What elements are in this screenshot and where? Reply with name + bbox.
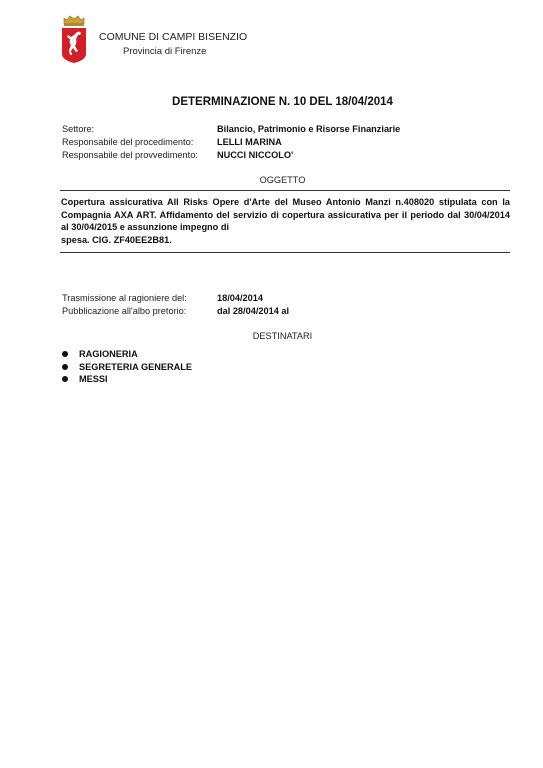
destinatari-list: RAGIONERIA SEGRETERIA GENERALE MESSI	[62, 348, 192, 386]
bullet-icon	[62, 364, 68, 370]
list-item: RAGIONERIA	[62, 348, 192, 361]
oggetto-line: spesa. CIG. ZF40EE2B81.	[61, 234, 510, 247]
bullet-icon	[62, 376, 68, 382]
info-label-settore: Settore:	[62, 124, 94, 134]
info-value-responsabile-provvedimento: NUCCI NICCOLO'	[217, 150, 293, 160]
bullet-icon	[62, 351, 68, 357]
date-value-trasmissione: 18/04/2014	[217, 293, 263, 303]
info-label-responsabile-provvedimento: Responsabile del provvedimento:	[62, 150, 198, 160]
info-label-responsabile-procedimento: Responsabile del procedimento:	[62, 137, 193, 147]
date-label-trasmissione: Trasmissione al ragioniere del:	[62, 293, 187, 303]
org-name: COMUNE DI CAMPI BISENZIO	[99, 31, 247, 43]
oggetto-top-rule	[60, 190, 510, 191]
date-label-pubblicazione: Pubblicazione all'albo pretorio:	[62, 306, 186, 316]
oggetto-line: Compagnia AXA ART. Affidamento del servi…	[61, 209, 510, 222]
oggetto-line: al 30/04/2015 e assunzione impegno di	[61, 221, 510, 234]
info-value-responsabile-procedimento: LELLI MARINA	[217, 137, 282, 147]
oggetto-heading: OGGETTO	[0, 175, 543, 185]
oggetto-text: Copertura assicurativa All Risks Opere d…	[61, 196, 510, 246]
info-value-settore: Bilancio, Patrimonio e Risorse Finanziar…	[217, 124, 400, 134]
document-title: DETERMINAZIONE N. 10 DEL 18/04/2014	[0, 96, 543, 108]
list-item: MESSI	[62, 373, 192, 386]
org-province: Provincia di Firenze	[123, 46, 206, 57]
coat-of-arms-icon	[61, 14, 87, 64]
oggetto-line: Copertura assicurativa All Risks Opere d…	[61, 196, 510, 209]
date-value-pubblicazione: dal 28/04/2014 al	[217, 306, 289, 316]
destinatari-heading: DESTINATARI	[0, 331, 543, 341]
oggetto-bottom-rule	[60, 252, 510, 253]
list-item: SEGRETERIA GENERALE	[62, 361, 192, 374]
